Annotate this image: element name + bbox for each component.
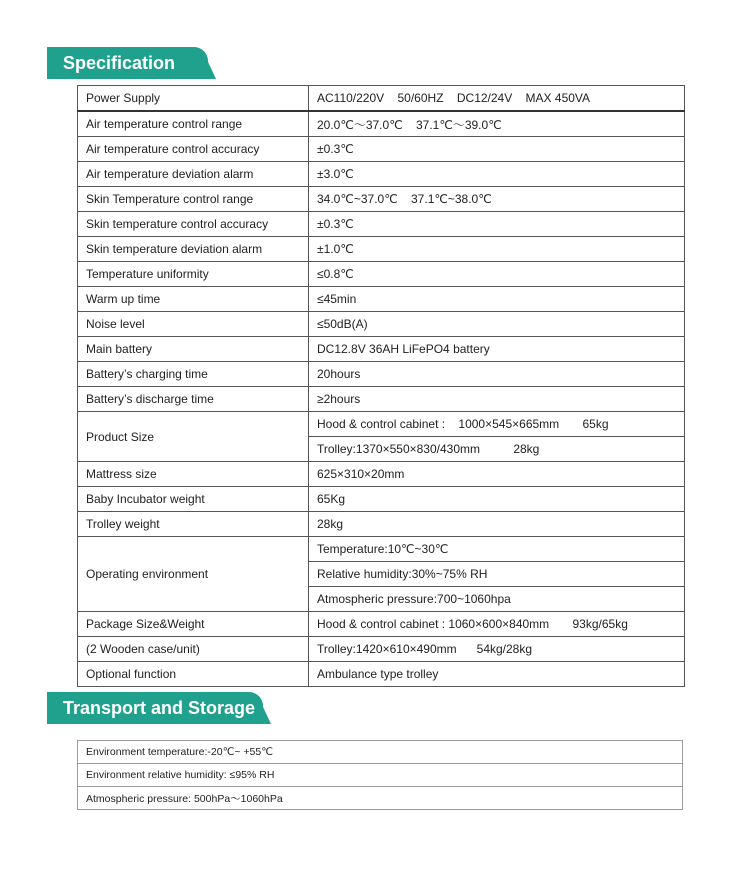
row-value: 20.0℃～37.0℃ 37.1℃～39.0℃ bbox=[309, 111, 685, 137]
row-label: Temperature uniformity bbox=[78, 262, 309, 287]
row-label: Power Supply bbox=[78, 86, 309, 112]
transport-table: Environment temperature:-20℃~ +55℃ Envir… bbox=[77, 740, 683, 810]
specification-table: Power SupplyAC110/220V 50/60HZ DC12/24V … bbox=[77, 85, 685, 687]
row-label: Product Size bbox=[78, 412, 309, 462]
row-label: Operating environment bbox=[78, 537, 309, 612]
row-value: Ambulance type trolley bbox=[309, 662, 685, 687]
row-label: (2 Wooden case/unit) bbox=[78, 637, 309, 662]
row-label: Optional function bbox=[78, 662, 309, 687]
row-value: ±0.3℃ bbox=[309, 212, 685, 237]
section-title: Transport and Storage bbox=[63, 698, 255, 718]
row-label: Battery’s discharge time bbox=[78, 387, 309, 412]
row-label: Trolley weight bbox=[78, 512, 309, 537]
table-row: Baby Incubator weight65Kg bbox=[78, 487, 685, 512]
row-value: Trolley:1420×610×490mm 54kg/28kg bbox=[309, 637, 685, 662]
row-label: Package Size&Weight bbox=[78, 612, 309, 637]
row-value: Atmospheric pressure:700~1060hpa bbox=[309, 587, 685, 612]
row-value: 625×310×20mm bbox=[309, 462, 685, 487]
table-row: Product SizeHood & control cabinet : 100… bbox=[78, 412, 685, 437]
row-label: Main battery bbox=[78, 337, 309, 362]
row-value: 65Kg bbox=[309, 487, 685, 512]
row-label: Skin Temperature control range bbox=[78, 187, 309, 212]
row-value: Hood & control cabinet : 1060×600×840mm … bbox=[309, 612, 685, 637]
row-value: Relative humidity:30%~75% RH bbox=[309, 562, 685, 587]
row-value: Trolley:1370×550×830/430mm 28kg bbox=[309, 437, 685, 462]
table-row: Skin Temperature control range34.0℃~37.0… bbox=[78, 187, 685, 212]
row-value: ≤45min bbox=[309, 287, 685, 312]
row-value: Environment relative humidity: ≤95% RH bbox=[78, 764, 683, 787]
row-label: Skin temperature deviation alarm bbox=[78, 237, 309, 262]
row-value: 20hours bbox=[309, 362, 685, 387]
row-value: ≤50dB(A) bbox=[309, 312, 685, 337]
row-value: ≥2hours bbox=[309, 387, 685, 412]
table-row: Skin temperature deviation alarm±1.0℃ bbox=[78, 237, 685, 262]
row-value: AC110/220V 50/60HZ DC12/24V MAX 450VA bbox=[309, 86, 685, 112]
row-value: Hood & control cabinet : 1000×545×665mm … bbox=[309, 412, 685, 437]
table-row: (2 Wooden case/unit)Trolley:1420×610×490… bbox=[78, 637, 685, 662]
row-value: Temperature:10℃~30℃ bbox=[309, 537, 685, 562]
row-value: ±0.3℃ bbox=[309, 137, 685, 162]
table-row: Air temperature control accuracy±0.3℃ bbox=[78, 137, 685, 162]
table-row: Optional functionAmbulance type trolley bbox=[78, 662, 685, 687]
row-label: Noise level bbox=[78, 312, 309, 337]
table-row: Noise level≤50dB(A) bbox=[78, 312, 685, 337]
table-row: Battery’s charging time20hours bbox=[78, 362, 685, 387]
row-value: 28kg bbox=[309, 512, 685, 537]
row-label: Mattress size bbox=[78, 462, 309, 487]
table-row: Environment relative humidity: ≤95% RH bbox=[78, 764, 683, 787]
table-row: Environment temperature:-20℃~ +55℃ bbox=[78, 741, 683, 764]
table-row: Warm up time≤45min bbox=[78, 287, 685, 312]
row-value: ±3.0℃ bbox=[309, 162, 685, 187]
row-label: Warm up time bbox=[78, 287, 309, 312]
row-label: Baby Incubator weight bbox=[78, 487, 309, 512]
table-row: Air temperature deviation alarm±3.0℃ bbox=[78, 162, 685, 187]
row-label: Battery’s charging time bbox=[78, 362, 309, 387]
row-value: Atmospheric pressure: 500hPa～1060hPa bbox=[78, 787, 683, 810]
table-row: Main batteryDC12.8V 36AH LiFePO4 battery bbox=[78, 337, 685, 362]
section-header-specification: Specification bbox=[47, 47, 208, 79]
table-row: Operating environmentTemperature:10℃~30℃ bbox=[78, 537, 685, 562]
row-value: 34.0℃~37.0℃ 37.1℃~38.0℃ bbox=[309, 187, 685, 212]
table-row: Package Size&WeightHood & control cabine… bbox=[78, 612, 685, 637]
section-title: Specification bbox=[63, 53, 175, 73]
table-row: Skin temperature control accuracy±0.3℃ bbox=[78, 212, 685, 237]
row-value: DC12.8V 36AH LiFePO4 battery bbox=[309, 337, 685, 362]
table-row: Temperature uniformity≤0.8℃ bbox=[78, 262, 685, 287]
row-label: Skin temperature control accuracy bbox=[78, 212, 309, 237]
table-row: Power SupplyAC110/220V 50/60HZ DC12/24V … bbox=[78, 86, 685, 112]
row-value: Environment temperature:-20℃~ +55℃ bbox=[78, 741, 683, 764]
table-row: Mattress size625×310×20mm bbox=[78, 462, 685, 487]
row-value: ≤0.8℃ bbox=[309, 262, 685, 287]
row-label: Air temperature control accuracy bbox=[78, 137, 309, 162]
table-row: Atmospheric pressure: 500hPa～1060hPa bbox=[78, 787, 683, 810]
row-label: Air temperature deviation alarm bbox=[78, 162, 309, 187]
section-header-transport: Transport and Storage bbox=[47, 692, 263, 724]
row-value: ±1.0℃ bbox=[309, 237, 685, 262]
row-label: Air temperature control range bbox=[78, 111, 309, 137]
table-row: Air temperature control range20.0℃～37.0℃… bbox=[78, 111, 685, 137]
table-row: Trolley weight28kg bbox=[78, 512, 685, 537]
table-row: Battery’s discharge time≥2hours bbox=[78, 387, 685, 412]
